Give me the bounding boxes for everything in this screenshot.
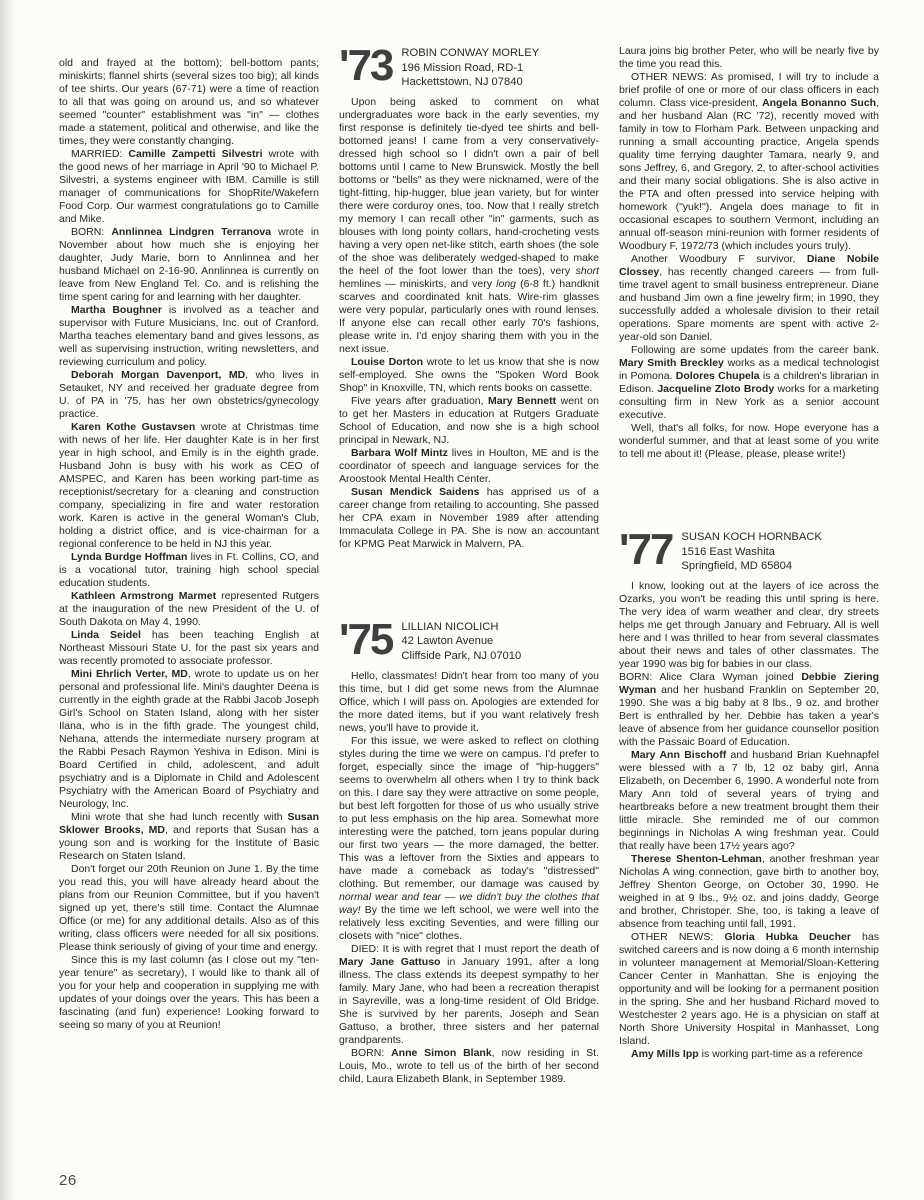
text-run: Camille Zampetti Silvestri [128,148,262,160]
class-notes-columns: old and frayed at the bottom); bell-bott… [0,0,924,1086]
paragraph: BORN: Alice Clara Wyman joined Debbie Zi… [619,671,879,749]
text-run: long [496,278,516,290]
column-2: '73ROBIN CONWAY MORLEY196 Mission Road, … [339,45,599,1086]
paragraph: Susan Mendick Saidens has apprised us of… [339,486,599,551]
text-run: Mini Ehrlich Verter, MD [71,668,188,680]
text-run: OTHER NEWS: [631,931,724,943]
text-run: Susan Mendick Saidens [351,486,479,498]
paragraph: Mini Ehrlich Verter, MD, wrote to update… [59,668,319,811]
paragraph: MARRIED: Camille Zampetti Silvestri wrot… [59,148,319,226]
text-run: Barbara Wolf Mintz [351,447,448,459]
text-run: Five years after graduation, [351,395,488,407]
text-run: Martha Boughner [71,304,162,316]
text-run: Mini wrote that she had lunch recently w… [71,811,287,823]
text-run: Another Woodbury F survivor, [631,253,807,265]
text-run: BORN: [351,1047,391,1059]
text-run: Upon being asked to comment on what unde… [339,96,599,277]
paragraph: Therese Shenton-Lehman, another freshman… [619,853,879,931]
paragraph: OTHER NEWS: Gloria Hubka Deucher has swi… [619,931,879,1048]
paragraph: Don't forget our 20th Reunion on June 1.… [59,863,319,954]
paragraph: old and frayed at the bottom); bell-bott… [59,57,319,148]
paragraph: Martha Boughner is involved as a teacher… [59,304,319,369]
text-run: Dolores Chupela [676,370,760,382]
text-run: , wrote to update us on her personal and… [59,668,319,810]
text-run: Mary Smith Breckley [619,357,724,369]
paragraph: OTHER NEWS: As promised, I will try to i… [619,71,879,253]
text-run: Louise Dorton [351,356,423,368]
text-run: Anne Simon Blank [391,1047,492,1059]
paragraph: Karen Kothe Gustavsen wrote at Christmas… [59,421,319,551]
paragraph: I know, looking out at the layers of ice… [619,580,879,671]
secretary-address-line: 196 Mission Road, RD-1 [401,61,539,76]
paragraph: Another Woodbury F survivor, Diane Nobil… [619,253,879,344]
text-run: Jacqueline Zloto Brody [657,383,774,395]
paragraph: Lynda Burdge Hoffman lives in Ft. Collin… [59,551,319,590]
paragraph: Since this is my last column (as I close… [59,954,319,1032]
text-run: Don't forget our 20th Reunion on June 1.… [59,863,319,953]
paragraph: BORN: Anne Simon Blank, now residing in … [339,1047,599,1086]
text-run: and her husband Franklin on September 20… [619,684,879,748]
text-run: and husband Brian Kuehnapfel were blesse… [619,749,879,852]
text-run: Deborah Morgan Davenport, MD [71,369,245,381]
paragraph: BORN: Annlinnea Lindgren Terranova wrote… [59,226,319,304]
text-run: , and her husband Alan (RC '72), recentl… [619,97,879,252]
text-run: Laura joins big brother Peter, who will … [619,45,879,70]
text-run: I know, looking out at the layers of ice… [619,580,879,670]
text-run: Kathleen Armstrong Marmet [71,590,216,602]
paragraph: Barbara Wolf Mintz lives in Houlton, ME … [339,447,599,486]
text-run: short [576,265,599,277]
class-year-header: '73ROBIN CONWAY MORLEY196 Mission Road, … [339,45,599,90]
paragraph: Deborah Morgan Davenport, MD, who lives … [59,369,319,421]
paragraph: For this issue, we were asked to reflect… [339,735,599,943]
paragraph: Hello, classmates! Didn't hear from too … [339,670,599,735]
secretary-address-line: 1516 East Washita [681,545,822,560]
text-run: Lynda Burdge Hoffman [71,551,187,563]
text-run: Linda Seidel [71,629,141,641]
text-run: wrote at Christmas time with news of her… [59,421,319,550]
text-run: Karen Kothe Gustavsen [71,421,195,433]
paragraph: Laura joins big brother Peter, who will … [619,45,879,71]
text-run: Since this is my last column (as I close… [59,954,319,1031]
secretary-name: LILLIAN NICOLICH [401,620,521,635]
paragraph: Well, that's all folks, for now. Hope ev… [619,422,879,461]
column-3: Laura joins big brother Peter, who will … [619,45,879,1086]
text-run: MARRIED: [71,148,128,160]
paragraph: Linda Seidel has been teaching English a… [59,629,319,668]
class-year-label: '77 [619,529,672,571]
paragraph: Amy Mills Ipp is working part-time as a … [619,1048,879,1061]
text-run: Hello, classmates! Didn't hear from too … [339,670,599,734]
text-run: Mary Ann Bischoff [631,749,726,761]
paragraph: Kathleen Armstrong Marmet represented Ru… [59,590,319,629]
text-run: Mary Jane Gattuso [339,956,440,968]
text-run: By the time we left school, we were well… [339,904,599,942]
secretary-address-line: 42 Lawton Avenue [401,634,521,649]
class-year-header: '77SUSAN KOCH HORNBACK1516 East WashitaS… [619,529,879,574]
secretary-address-line: Hackettstown, NJ 07840 [401,75,539,90]
secretary-name: ROBIN CONWAY MORLEY [401,46,539,61]
text-run: Amy Mills Ipp [631,1048,699,1060]
column-1: old and frayed at the bottom); bell-bott… [59,45,319,1086]
paragraph: Louise Dorton wrote to let us know that … [339,356,599,395]
magazine-page: old and frayed at the bottom); bell-bott… [0,0,924,1200]
paragraph: Mary Ann Bischoff and husband Brian Kueh… [619,749,879,853]
paragraph: Following are some updates from the care… [619,344,879,422]
text-run: Gloria Hubka Deucher [724,931,851,943]
text-run: Therese Shenton-Lehman [631,853,762,865]
secretary-address-line: Cliffside Park, NJ 07010 [401,649,521,664]
text-run: Angela Bonanno Such [762,97,876,109]
class-year-label: '75 [339,619,392,661]
class-secretary-info: LILLIAN NICOLICH42 Lawton AvenueCliffsid… [401,619,521,664]
text-run: is working part-time as a reference [699,1048,863,1060]
page-number: 26 [59,1172,77,1189]
text-run: hemlines — miniskirts, and very [339,278,496,290]
secretary-address-line: Springfield, MD 65804 [681,559,822,574]
text-run: DIED: It is with regret that I must repo… [351,943,599,955]
text-run: BORN: Alice Clara Wyman joined [619,671,801,683]
paragraph: Five years after graduation, Mary Bennet… [339,395,599,447]
text-run: in January 1991, after a long illness. T… [339,956,599,1046]
text-run: Mary Bennett [488,395,556,407]
class-secretary-info: SUSAN KOCH HORNBACK1516 East WashitaSpri… [681,529,822,574]
text-run: BORN: [71,226,111,238]
text-run: old and frayed at the bottom); bell-bott… [59,57,319,147]
class-secretary-info: ROBIN CONWAY MORLEY196 Mission Road, RD-… [401,45,539,90]
class-year-label: '73 [339,45,392,87]
text-run: Annlinnea Lindgren Terranova [111,226,271,238]
text-run: For this issue, we were asked to reflect… [339,735,599,890]
secretary-name: SUSAN KOCH HORNBACK [681,530,822,545]
text-run: Well, that's all folks, for now. Hope ev… [619,422,879,460]
text-run: Following are some updates from the care… [631,344,879,356]
paragraph: Mini wrote that she had lunch recently w… [59,811,319,863]
class-year-header: '75LILLIAN NICOLICH42 Lawton AvenueCliff… [339,619,599,664]
text-run: has switched careers and is now doing a … [619,931,879,1047]
paragraph: Upon being asked to comment on what unde… [339,96,599,356]
paragraph: DIED: It is with regret that I must repo… [339,943,599,1047]
